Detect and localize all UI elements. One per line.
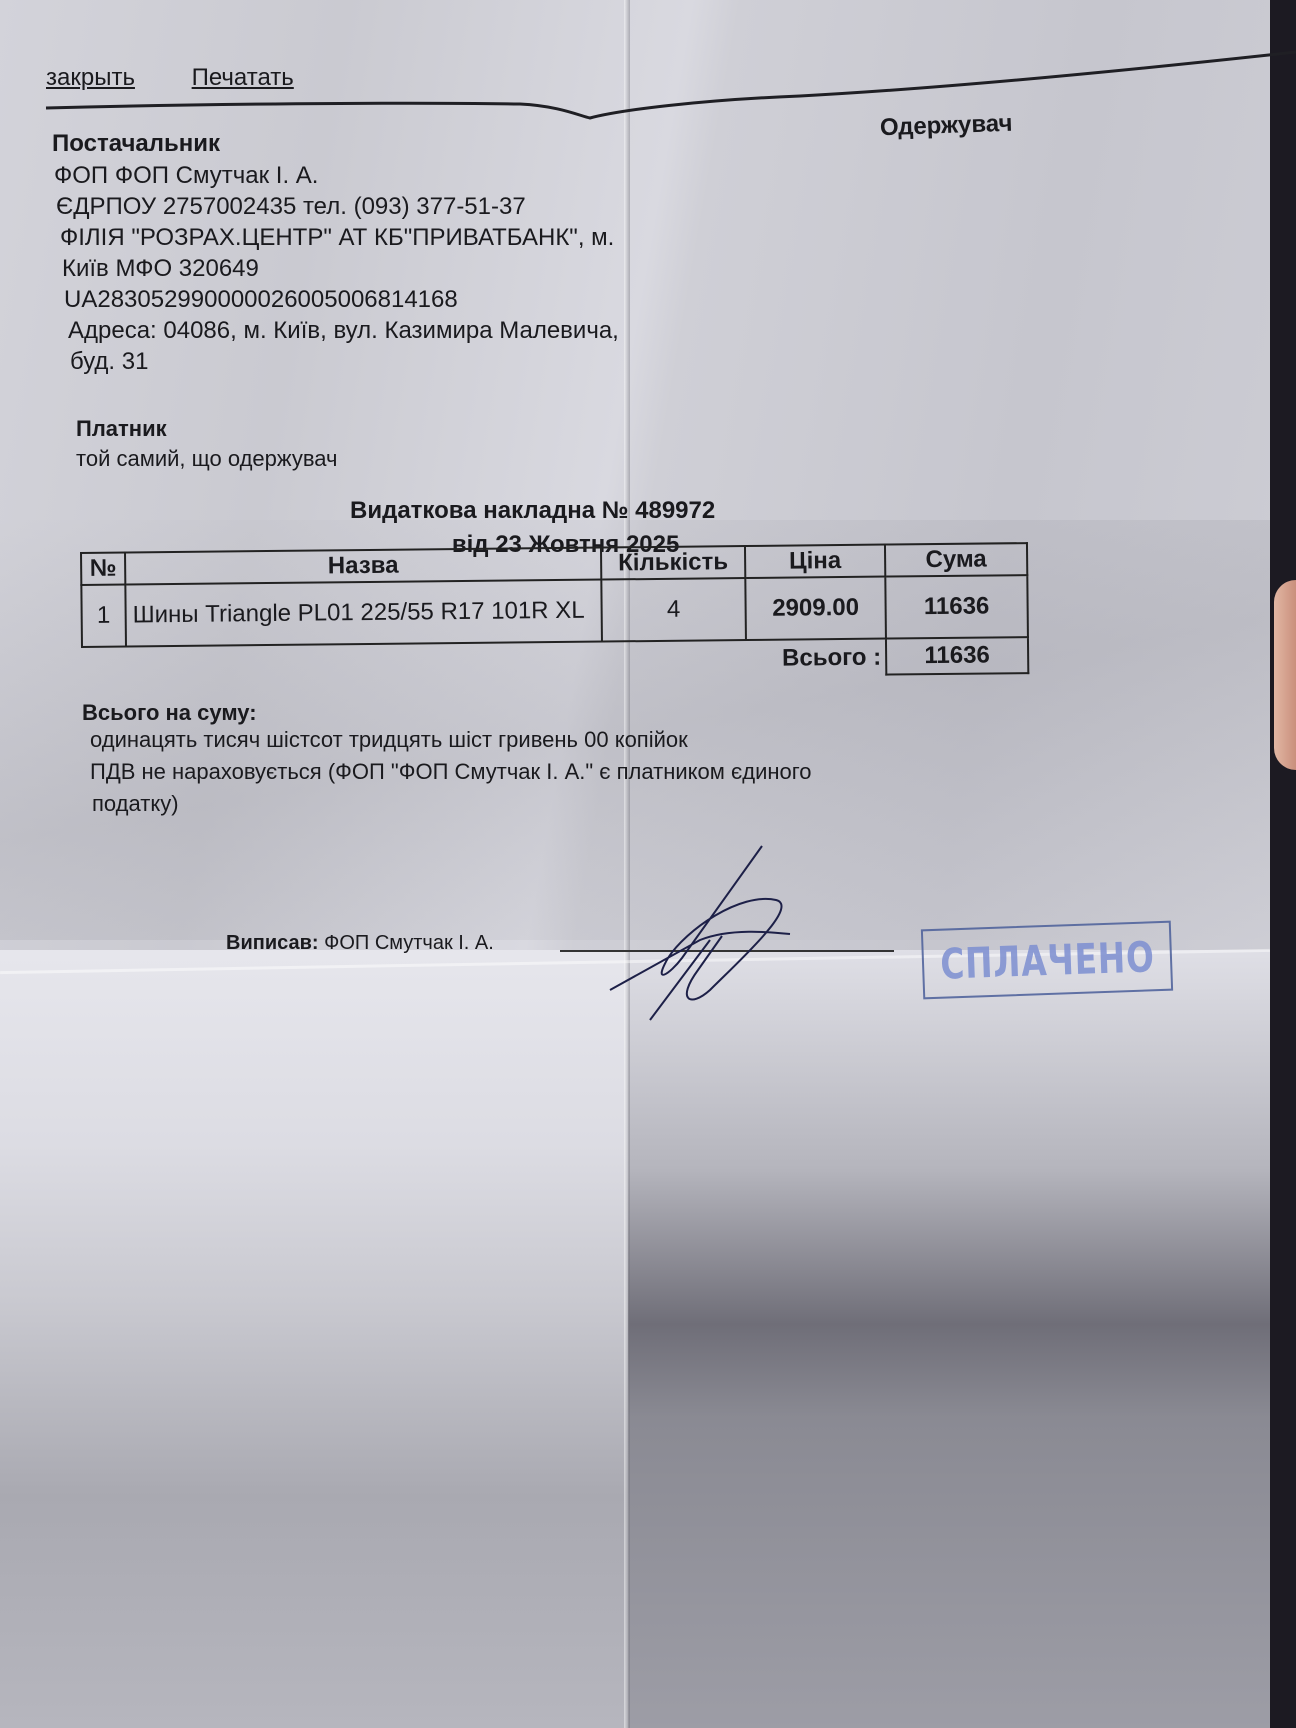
header-qty: Кількість — [601, 546, 745, 580]
header-divider — [0, 0, 1296, 130]
header-no: № — [81, 553, 125, 585]
header-name: Назва — [125, 548, 601, 585]
header-sum: Сума — [885, 543, 1027, 576]
stamp-text: СПЛАЧЕНО — [939, 932, 1155, 988]
supplier-iban: UA283052990000026005006814168 — [52, 284, 619, 315]
payer-value: той самий, що одержувач — [76, 446, 338, 472]
row-no: 1 — [81, 585, 126, 647]
invoice-document: закрыть Печатать Постачальник ФОП ФОП См… — [0, 0, 1296, 1000]
supplier-address: Адреса: 04086, м. Київ, вул. Казимира Ма… — [52, 315, 619, 346]
row-price: 2909.00 — [745, 577, 886, 640]
issued-label: Виписав: — [226, 932, 319, 954]
supplier-bank: ФІЛІЯ "РОЗРАХ.ЦЕНТР" АТ КБ"ПРИВАТБАНК", … — [52, 222, 619, 253]
row-name: Шины Triangle PL01 225/55 R17 101R XL — [125, 580, 602, 647]
vat-note: ПДВ не нараховується (ФОП "ФОП Смутчак І… — [90, 756, 812, 788]
table-row: 1 Шины Triangle PL01 225/55 R17 101R XL … — [81, 575, 1028, 647]
receiver-title: Одержувач — [880, 110, 1013, 143]
header-price: Ціна — [745, 545, 885, 578]
supplier-edrpou-phone: ЄДРПОУ 2757002435 тел. (093) 377-51-37 — [52, 191, 619, 222]
signature-scribble — [590, 840, 810, 1030]
paid-stamp: СПЛАЧЕНО — [921, 921, 1173, 1000]
total-label: Всього : — [82, 639, 886, 683]
amount-in-words: одинацять тисяч шістсот тридцять шіст гр… — [90, 724, 812, 756]
supplier-name: ФОП ФОП Смутчак І. А. — [52, 160, 619, 191]
row-qty: 4 — [601, 578, 746, 642]
supplier-title: Постачальник — [52, 130, 220, 158]
total-value: 11636 — [886, 637, 1028, 674]
summary-title: Всього на суму: — [82, 700, 257, 726]
items-table: № Назва Кількість Ціна Сума 1 Шины Trian… — [80, 542, 1029, 684]
document-title: Видаткова накладна № 489972 — [350, 494, 715, 528]
payer-title: Платник — [76, 416, 167, 442]
supplier-address-cont: буд. 31 — [52, 346, 619, 377]
row-sum: 11636 — [885, 575, 1028, 638]
supplier-details: ФОП ФОП Смутчак І. А. ЄДРПОУ 2757002435 … — [52, 160, 619, 377]
summary-text: одинацять тисяч шістсот тридцять шіст гр… — [90, 724, 812, 820]
paper-lower-left-panel — [0, 950, 640, 1728]
issued-name: ФОП Смутчак І. А. — [324, 932, 494, 954]
paper-lower-right-panel — [628, 950, 1270, 1728]
issued-by: Виписав: ФОП Смутчак І. А. — [226, 932, 494, 955]
vat-note-cont: податку) — [90, 788, 812, 820]
supplier-bank-city-mfo: Київ МФО 320649 — [52, 253, 619, 284]
